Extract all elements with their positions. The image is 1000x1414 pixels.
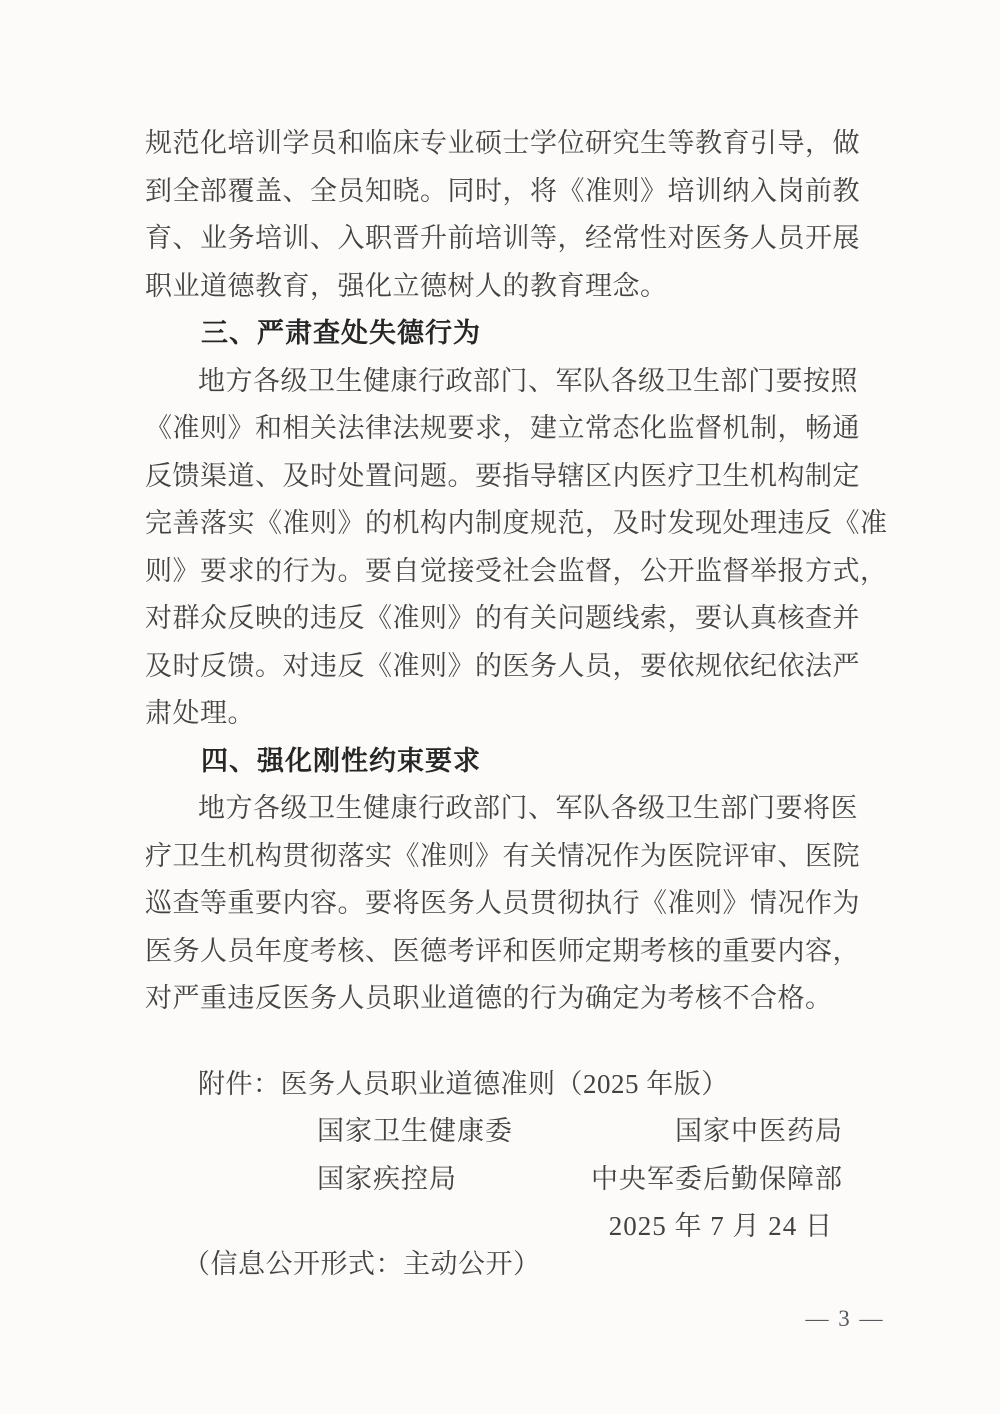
text-line: 规范化培训学员和临床专业硕士学位研究生等教育引导，做 [145, 120, 845, 168]
page-number: — 3 — [795, 1306, 895, 1332]
signature-row: 国家疾控局 中央军委后勤保障部 [145, 1156, 845, 1204]
text-line: 及时反馈。对违反《准则》的医务人员，要依规依纪依法严 [145, 643, 845, 691]
text-line: 职业道德教育，强化立德树人的教育理念。 [145, 263, 845, 311]
text-line: 对群众反映的违反《准则》的有关问题线索，要认真核查并 [145, 595, 845, 643]
document-body: 规范化培训学员和临床专业硕士学位研究生等教育引导，做 到全部覆盖、全员知晓。同时… [145, 120, 845, 1288]
text-line: 巡查等重要内容。要将医务人员贯彻执行《准则》情况作为 [145, 880, 845, 928]
text-line: 则》要求的行为。要自觉接受社会监督，公开监督举报方式， [145, 548, 845, 596]
section-3-heading: 三、严肃查处失德行为 [145, 310, 845, 358]
signature-org: 国家疾控局 [317, 1156, 457, 1204]
text-line: 反馈渠道、及时处置问题。要指导辖区内医疗卫生机构制定 [145, 453, 845, 501]
text-line: 地方各级卫生健康行政部门、军队各级卫生部门要按照 [145, 358, 845, 406]
text-line: 地方各级卫生健康行政部门、军队各级卫生部门要将医 [145, 785, 845, 833]
text-line: 肃处理。 [145, 690, 845, 738]
text-line: 对严重违反医务人员职业道德的行为确定为考核不合格。 [145, 975, 845, 1023]
text-line: 到全部覆盖、全员知晓。同时，将《准则》培训纳入岗前教 [145, 168, 845, 216]
signature-row: 国家卫生健康委 国家中医药局 [145, 1108, 845, 1156]
signature-org: 国家卫生健康委 [317, 1108, 513, 1156]
signature-org: 中央军委后勤保障部 [591, 1156, 843, 1204]
text-line: 育、业务培训、入职晋升前培训等，经常性对医务人员开展 [145, 215, 845, 263]
section-4-paragraph: 地方各级卫生健康行政部门、军队各级卫生部门要将医 疗卫生机构贯彻落实《准则》有关… [145, 785, 845, 1023]
section-3-paragraph: 地方各级卫生健康行政部门、军队各级卫生部门要按照 《准则》和相关法律法规要求，建… [145, 358, 845, 738]
text-line: 完善落实《准则》的机构内制度规范，及时发现处理违反《准 [145, 500, 845, 548]
paragraph-continued: 规范化培训学员和临床专业硕士学位研究生等教育引导，做 到全部覆盖、全员知晓。同时… [145, 120, 845, 310]
text-line: 《准则》和相关法律法规要求，建立常态化监督机制，畅通 [145, 405, 845, 453]
attachment-line: 附件：医务人员职业道德准则（2025 年版） [145, 1061, 845, 1109]
text-line: 疗卫生机构贯彻落实《准则》有关情况作为医院评审、医院 [145, 833, 845, 881]
section-4-heading: 四、强化刚性约束要求 [145, 738, 845, 786]
text-line: 医务人员年度考核、医德考评和医师定期考核的重要内容， [145, 928, 845, 976]
signature-org: 国家中医药局 [675, 1108, 843, 1156]
document-page: 规范化培训学员和临床专业硕士学位研究生等教育引导，做 到全部覆盖、全员知晓。同时… [0, 0, 1000, 1414]
